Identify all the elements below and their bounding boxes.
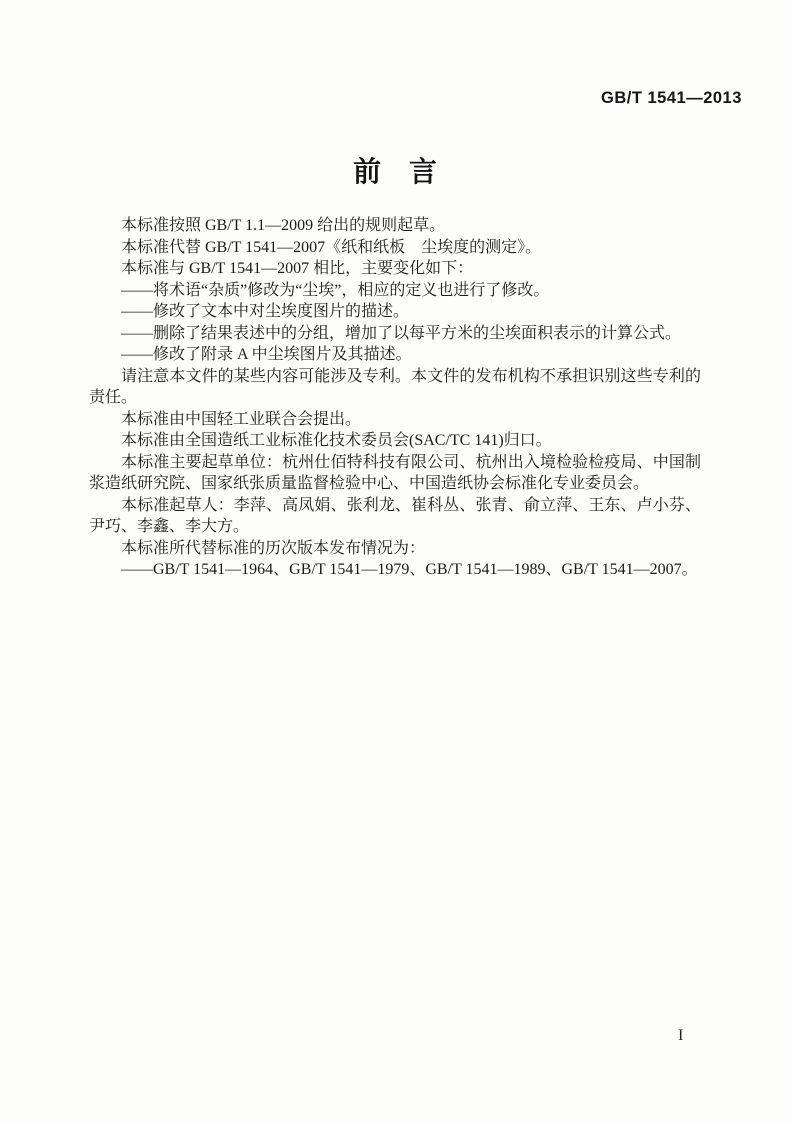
- page-title: 前 言: [89, 150, 701, 190]
- change-item-1: ——将术语“杂质”修改为“尘埃”，相应的定义也进行了修改。: [89, 280, 701, 302]
- para-under-jurisdiction: 本标准由全国造纸工业标准化技术委员会(SAC/TC 141)归口。: [89, 430, 701, 452]
- para-patent-notice: 请注意本文件的某些内容可能涉及专利。本文件的发布机构不承担识别这些专利的责任。: [89, 366, 701, 409]
- previous-editions-item: ——GB/T 1541—1964、GB/T 1541—1979、GB/T 154…: [89, 559, 701, 581]
- document-page: GB/T 1541—2013 前 言 本标准按照 GB/T 1.1—2009 给…: [0, 0, 793, 1122]
- change-item-2: ——修改了文本中对尘埃度图片的描述。: [89, 301, 701, 323]
- para-previous-editions-intro: 本标准所代替标准的历次版本发布情况为：: [89, 538, 701, 560]
- page-number: I: [678, 1027, 683, 1045]
- para-changes-intro: 本标准与 GB/T 1541—2007 相比，主要变化如下：: [89, 258, 701, 280]
- foreword-body: 本标准按照 GB/T 1.1—2009 给出的规则起草。 本标准代替 GB/T …: [89, 215, 701, 581]
- para-drafting-organizations: 本标准主要起草单位：杭州仕佰特科技有限公司、杭州出入境检验检疫局、中国制浆造纸研…: [89, 452, 701, 495]
- para-drafting-basis: 本标准按照 GB/T 1.1—2009 给出的规则起草。: [89, 215, 701, 237]
- para-drafters: 本标准起草人：李萍、高凤娟、张利龙、崔科丛、张青、俞立萍、王东、卢小芬、尹巧、李…: [89, 495, 701, 538]
- para-replaces: 本标准代替 GB/T 1541—2007《纸和纸板 尘埃度的测定》。: [89, 237, 701, 259]
- standard-code-header: GB/T 1541—2013: [601, 89, 721, 108]
- change-item-4: ——修改了附录 A 中尘埃图片及其描述。: [89, 344, 701, 366]
- para-proposed-by: 本标准由中国轻工业联合会提出。: [89, 409, 701, 431]
- change-item-3: ——删除了结果表述中的分组，增加了以每平方米的尘埃面积表示的计算公式。: [89, 323, 701, 345]
